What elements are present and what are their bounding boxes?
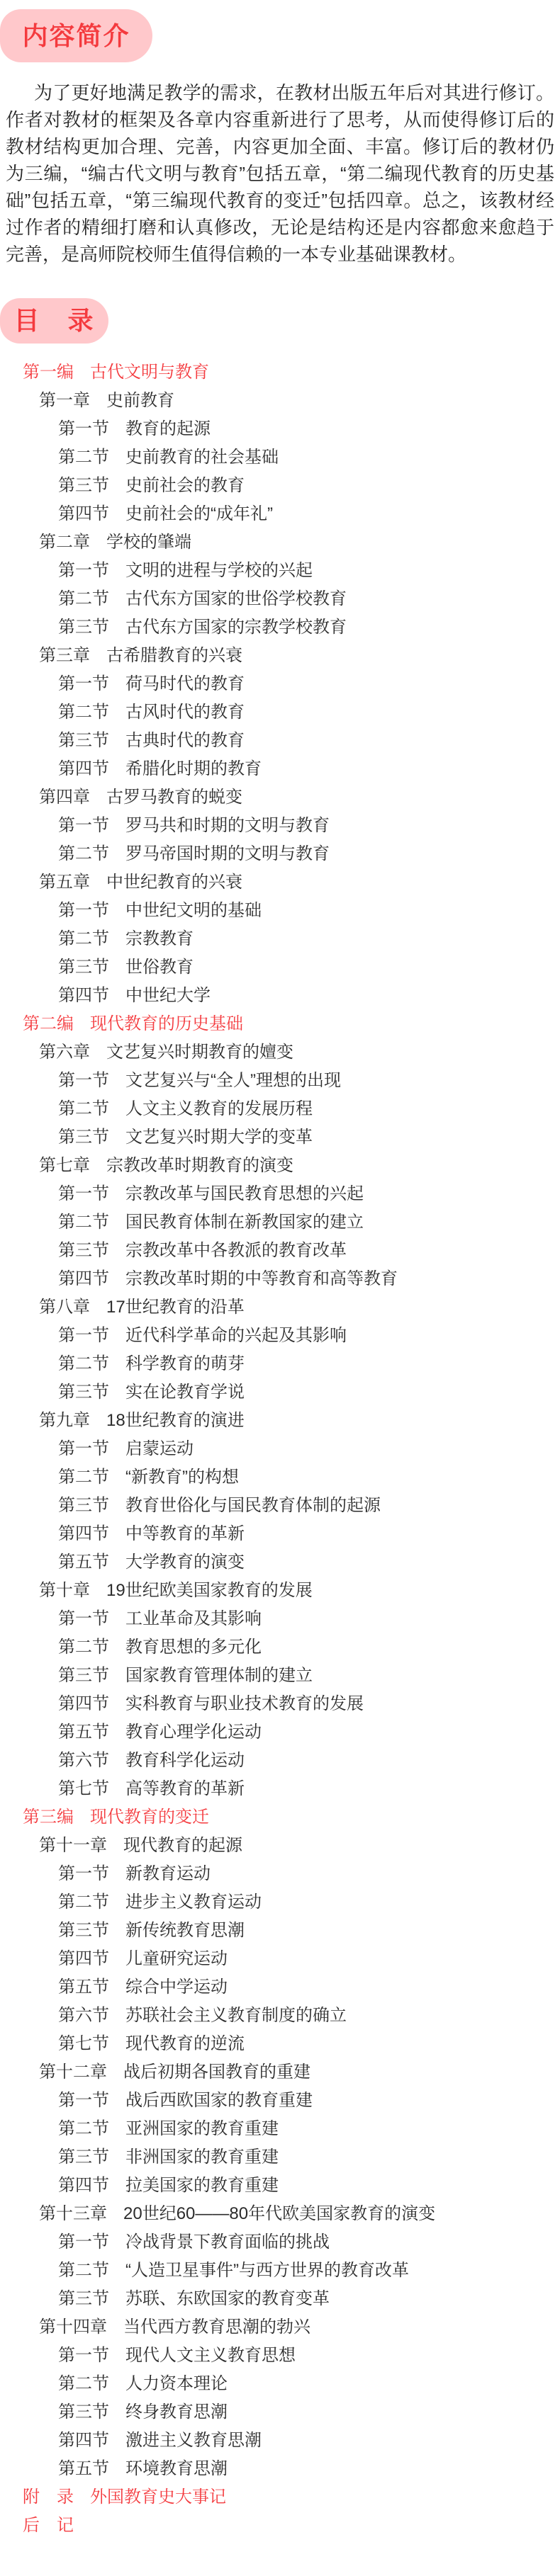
toc-entry-title: 罗马共和时期的文明与教育 [125, 816, 330, 835]
toc-entry-title: 启蒙运动 [125, 1439, 194, 1458]
toc-row: 第一节现代人文主义教育思想 [0, 2342, 560, 2370]
toc-row: 第一编古代文明与教育 [0, 358, 560, 387]
toc-row: 第十一章现代教育的起源 [0, 1832, 560, 1860]
toc-entry-title: 国家教育管理体制的建立 [125, 1666, 313, 1685]
toc-entry-title: 荷马时代的教育 [125, 674, 245, 693]
toc-entry-label: 第三节 [58, 1921, 109, 1940]
toc-row: 第三章古希腊教育的兴衰 [0, 642, 560, 670]
toc-row: 第二节古代东方国家的世俗学校教育 [0, 585, 560, 613]
toc-row: 第三节非洲国家的教育重建 [0, 2143, 560, 2172]
toc-entry-label: 第一节 [58, 419, 109, 438]
toc-entry-label: 第一节 [58, 561, 109, 580]
toc-entry-title: 文明的进程与学校的兴起 [125, 561, 313, 580]
toc-entry-label: 第三节 [58, 1666, 109, 1685]
toc-entry-label: 第二编 [23, 1014, 74, 1033]
toc-entry-title: 古罗马教育的蜕变 [106, 788, 242, 807]
toc-entry-title: 18世纪教育的演进 [106, 1411, 245, 1430]
toc-entry-label: 第四节 [58, 2176, 109, 2195]
toc-entry-title: 中世纪大学 [125, 986, 211, 1005]
toc-entry-title: 实科教育与职业技术教育的发展 [125, 1694, 364, 1713]
toc-row: 第一节罗马共和时期的文明与教育 [0, 812, 560, 840]
toc-entry-title: 宗教改革中各教派的教育改革 [125, 1241, 347, 1260]
toc-entry-label: 第二节 [58, 1213, 109, 1232]
toc-row: 第四节激进主义教育思潮 [0, 2427, 560, 2455]
toc-row: 第二节宗教教育 [0, 925, 560, 953]
toc-entry-title: 冷战背景下教育面临的挑战 [125, 2232, 330, 2252]
toc-entry-label: 第三节 [58, 618, 109, 637]
toc-entry-title: 古希腊教育的兴衰 [106, 646, 242, 665]
toc-entry-title: 近代科学革命的兴起及其影响 [125, 1326, 347, 1345]
toc-entry-title: 中世纪文明的基础 [125, 901, 262, 920]
toc-entry-title: 环境教育思潮 [125, 2459, 228, 2478]
toc-entry-label: 第二节 [58, 589, 109, 608]
toc-row: 第一节工业革命及其影响 [0, 1605, 560, 1633]
toc-entry-label: 第二节 [58, 1638, 109, 1657]
toc-row: 第一节荷马时代的教育 [0, 670, 560, 698]
toc-entry-title: 宗教改革时期教育的演变 [106, 1156, 293, 1175]
toc-row: 第二节进步主义教育运动 [0, 1888, 560, 1917]
toc-entry-label: 第六章 [39, 1043, 90, 1062]
toc-row: 第三节宗教改革中各教派的教育改革 [0, 1237, 560, 1265]
toc-entry-label: 第一节 [58, 901, 109, 920]
toc-entry-title: 20世纪60——80年代欧美国家教育的演变 [123, 2204, 435, 2223]
toc-row: 第十四章当代西方教育思潮的勃兴 [0, 2313, 560, 2342]
toc-entry-label: 第五章 [39, 873, 90, 892]
toc-row: 第一节近代科学革命的兴起及其影响 [0, 1322, 560, 1350]
toc-row: 第三节文艺复兴时期大学的变革 [0, 1123, 560, 1152]
toc-entry-label: 第三节 [58, 1383, 109, 1402]
toc-entry-label: 第六节 [58, 2006, 109, 2025]
toc-entry-label: 第五节 [58, 2459, 109, 2478]
toc-entry-label: 第一章 [39, 391, 90, 410]
toc-entry-label: 第二节 [58, 2261, 109, 2280]
toc-entry-title: 儿童研究运动 [125, 1949, 228, 1968]
toc-entry-title: 现代教育的历史基础 [90, 1014, 243, 1033]
toc-entry-title: 教育心理学化运动 [125, 1723, 262, 1742]
toc-entry-label: 第三节 [58, 2147, 109, 2167]
toc-row: 第四节中世纪大学 [0, 982, 560, 1010]
toc-row: 第一节文明的进程与学校的兴起 [0, 557, 560, 585]
toc-entry-title: 当代西方教育思潮的勃兴 [123, 2317, 310, 2337]
toc-row: 第三节古代东方国家的宗教学校教育 [0, 613, 560, 642]
toc-entry-title: 科学教育的萌芽 [125, 1354, 245, 1373]
toc-entry-label: 第一节 [58, 1864, 109, 1883]
toc-entry-title: 史前教育 [106, 391, 174, 410]
toc-row: 第五节环境教育思潮 [0, 2455, 560, 2483]
toc-row: 第一节启蒙运动 [0, 1435, 560, 1463]
toc-row: 第三节史前社会的教育 [0, 472, 560, 500]
toc-row: 第四节中等教育的革新 [0, 1520, 560, 1548]
toc-row: 第三节实在论教育学说 [0, 1378, 560, 1407]
toc-row: 第二节教育思想的多元化 [0, 1633, 560, 1662]
toc-row: 第五节综合中学运动 [0, 1973, 560, 2002]
toc-entry-title: 新教育运动 [125, 1864, 211, 1883]
toc-entry-label: 第一节 [58, 816, 109, 835]
toc-entry-label: 第一节 [58, 1071, 109, 1090]
toc-entry-label: 第四节 [58, 1524, 109, 1543]
toc-entry-label: 第十一章 [39, 1836, 107, 1855]
toc-entry-label: 第四节 [58, 1949, 109, 1968]
toc-entry-title: 古代文明与教育 [90, 363, 209, 382]
toc-entry-label: 第四节 [58, 759, 109, 778]
toc-entry-label: 第一节 [58, 2232, 109, 2252]
toc-entry-title: 人文主义教育的发展历程 [125, 1099, 313, 1118]
toc-entry-label: 第一节 [58, 2091, 109, 2110]
toc-row: 第三节教育世俗化与国民教育体制的起源 [0, 1492, 560, 1520]
toc-entry-label: 第三节 [58, 476, 109, 495]
toc-entry-title: 现代教育的变迁 [90, 1808, 209, 1827]
toc-entry-title: 亚洲国家的教育重建 [125, 2119, 279, 2138]
toc-entry-title: 现代教育的逆流 [125, 2034, 245, 2053]
toc-row: 第二节“人造卫星事件”与西方世界的教育改革 [0, 2257, 560, 2285]
toc-row: 第一节冷战背景下教育面临的挑战 [0, 2228, 560, 2257]
toc-entry-title: 综合中学运动 [125, 1978, 228, 1997]
toc-entry-title: 工业革命及其影响 [125, 1609, 262, 1628]
toc-row: 第二节古风时代的教育 [0, 698, 560, 727]
toc-entry-title: 希腊化时期的教育 [125, 759, 262, 778]
toc-entry-title: 学校的肇端 [106, 533, 191, 552]
toc-entry-label: 附 录 [23, 2487, 74, 2507]
toc-row: 第七节高等教育的革新 [0, 1775, 560, 1803]
toc-row: 第九章18世纪教育的演进 [0, 1407, 560, 1435]
toc-entry-label: 第一节 [58, 2346, 109, 2365]
toc-row: 第十三章20世纪60——80年代欧美国家教育的演变 [0, 2200, 560, 2228]
toc-entry-label: 第六节 [58, 1751, 109, 1770]
toc-entry-label: 第七章 [39, 1156, 90, 1175]
toc-entry-title: 激进主义教育思潮 [125, 2431, 262, 2450]
toc-row: 第四章古罗马教育的蜕变 [0, 783, 560, 812]
toc-entry-title: 17世纪教育的沿革 [106, 1298, 245, 1317]
toc-row: 第一章史前教育 [0, 387, 560, 415]
toc-entry-title: 现代教育的起源 [123, 1836, 242, 1855]
toc-entry-label: 第七节 [58, 2034, 109, 2053]
toc-entry-title: 史前教育的社会基础 [125, 448, 279, 467]
toc-entry-label: 第一编 [23, 363, 74, 382]
toc-entry-label: 第十四章 [39, 2317, 107, 2337]
toc-entry-label: 第三节 [58, 2402, 109, 2422]
toc-entry-title: 史前社会的教育 [125, 476, 245, 495]
toc-row: 第四节宗教改革时期的中等教育和高等教育 [0, 1265, 560, 1293]
intro-paragraph: 为了更好地满足教学的需求，在教材出版五年后对其进行修订。作者对教材的框架及各章内… [6, 79, 554, 268]
toc-entry-title: 古典时代的教育 [125, 731, 245, 750]
toc-row: 第二节人力资本理论 [0, 2370, 560, 2398]
toc-entry-title: 文艺复兴时期大学的变革 [125, 1128, 313, 1147]
toc-entry-title: 教育的起源 [125, 419, 211, 438]
toc-entry-label: 第十章 [39, 1581, 90, 1600]
toc-entry-label: 第一节 [58, 674, 109, 693]
toc-entry-title: 世俗教育 [125, 958, 194, 977]
toc-row: 第三编现代教育的变迁 [0, 1803, 560, 1832]
toc-entry-title: 高等教育的革新 [125, 1779, 245, 1798]
toc-row: 第三节新传统教育思潮 [0, 1917, 560, 1945]
toc-row: 第三节终身教育思潮 [0, 2398, 560, 2427]
toc-entry-title: 终身教育思潮 [125, 2402, 228, 2422]
toc-entry-label: 第三节 [58, 958, 109, 977]
toc-row: 第一节新教育运动 [0, 1860, 560, 1888]
toc-entry-label: 第二节 [58, 1468, 109, 1487]
toc-entry-title: 宗教教育 [125, 929, 194, 948]
toc-row: 第五章中世纪教育的兴衰 [0, 868, 560, 897]
toc-row: 第三节苏联、东欧国家的教育变革 [0, 2285, 560, 2313]
book-detail-page: 内容简介 为了更好地满足教学的需求，在教材出版五年后对其进行修订。作者对教材的框… [0, 9, 560, 2575]
toc-section-badge: 目 录 [0, 298, 108, 344]
toc-entry-title: 中世纪教育的兴衰 [106, 873, 242, 892]
toc-entry-title: 古代东方国家的宗教学校教育 [125, 618, 347, 637]
intro-section-badge: 内容简介 [0, 9, 152, 62]
toc-row: 第一节战后西欧国家的教育重建 [0, 2087, 560, 2115]
toc-badge-label: 目 录 [13, 308, 94, 334]
toc-entry-title: “新教育”的构想 [125, 1468, 239, 1487]
toc-entry-title: 苏联社会主义教育制度的确立 [125, 2006, 347, 2025]
toc-entry-label: 第二节 [58, 2374, 109, 2393]
toc-entry-title: 文艺复兴时期教育的嬗变 [106, 1043, 293, 1062]
toc-row: 第五节教育心理学化运动 [0, 1718, 560, 1747]
toc-entry-label: 第八章 [39, 1298, 90, 1317]
toc-entry-label: 第二节 [58, 448, 109, 467]
toc-entry-title: 史前社会的“成年礼” [125, 504, 273, 523]
toc-entry-label: 第三节 [58, 1128, 109, 1147]
toc-entry-label: 第一节 [58, 1609, 109, 1628]
toc-entry-title: 教育思想的多元化 [125, 1638, 262, 1657]
toc-row: 第四节拉美国家的教育重建 [0, 2172, 560, 2200]
toc-entry-title: 国民教育体制在新教国家的建立 [125, 1213, 364, 1232]
toc-list: 第一编古代文明与教育 第一章史前教育 第一节教育的起源 第二节史前教育的社会基础… [0, 358, 560, 2575]
toc-entry-title: 19世纪欧美国家教育的发展 [106, 1581, 313, 1600]
toc-entry-title: 战后初期各国教育的重建 [123, 2062, 310, 2082]
toc-entry-label: 第二节 [58, 929, 109, 948]
toc-row: 第二节“新教育”的构想 [0, 1463, 560, 1492]
toc-entry-label: 第二节 [58, 844, 109, 863]
toc-entry-label: 第一节 [58, 1184, 109, 1203]
toc-entry-title: 人力资本理论 [125, 2374, 228, 2393]
toc-entry-label: 第二节 [58, 703, 109, 722]
toc-row: 第七节现代教育的逆流 [0, 2030, 560, 2058]
toc-entry-label: 第二节 [58, 1893, 109, 1912]
toc-entry-label: 第三章 [39, 646, 90, 665]
toc-entry-label: 第五节 [58, 1723, 109, 1742]
toc-entry-title: 新传统教育思潮 [125, 1921, 245, 1940]
toc-row: 第二节史前教育的社会基础 [0, 443, 560, 472]
toc-row: 第四节实科教育与职业技术教育的发展 [0, 1690, 560, 1718]
toc-entry-title: 进步主义教育运动 [125, 1893, 262, 1912]
toc-row: 第十二章战后初期各国教育的重建 [0, 2058, 560, 2087]
toc-row: 后 记 [0, 2512, 560, 2540]
toc-entry-label: 第四节 [58, 986, 109, 1005]
toc-entry-title: 罗马帝国时期的文明与教育 [125, 844, 330, 863]
toc-row: 第二节国民教育体制在新教国家的建立 [0, 1208, 560, 1237]
toc-row: 第二节科学教育的萌芽 [0, 1350, 560, 1378]
toc-row: 第四节儿童研究运动 [0, 1945, 560, 1973]
toc-entry-title: 外国教育史大事记 [90, 2487, 226, 2507]
toc-entry-label: 第四节 [58, 1694, 109, 1713]
toc-row: 第八章17世纪教育的沿革 [0, 1293, 560, 1322]
toc-entry-label: 第四节 [58, 1269, 109, 1288]
toc-entry-label: 第一节 [58, 1326, 109, 1345]
toc-row: 第二节罗马帝国时期的文明与教育 [0, 840, 560, 868]
toc-entry-label: 后 记 [23, 2516, 74, 2535]
toc-entry-label: 第一节 [58, 1439, 109, 1458]
toc-entry-label: 第十二章 [39, 2062, 107, 2082]
toc-entry-title: 实在论教育学说 [125, 1383, 245, 1402]
toc-row: 第一节文艺复兴与“全人”理想的出现 [0, 1067, 560, 1095]
toc-row: 第三节古典时代的教育 [0, 727, 560, 755]
toc-entry-title: 教育世俗化与国民教育体制的起源 [125, 1496, 381, 1515]
toc-entry-title: 宗教改革与国民教育思想的兴起 [125, 1184, 364, 1203]
toc-entry-title: 拉美国家的教育重建 [125, 2176, 279, 2195]
toc-entry-label: 第三节 [58, 1496, 109, 1515]
toc-row: 第六节苏联社会主义教育制度的确立 [0, 2002, 560, 2030]
toc-entry-title: 现代人文主义教育思想 [125, 2346, 296, 2365]
toc-entry-title: 战后西欧国家的教育重建 [125, 2091, 313, 2110]
toc-entry-title: 文艺复兴与“全人”理想的出现 [125, 1071, 341, 1090]
toc-entry-title: 古风时代的教育 [125, 703, 245, 722]
toc-entry-title: 中等教育的革新 [125, 1524, 245, 1543]
toc-entry-label: 第九章 [39, 1411, 90, 1430]
toc-row: 第六节教育科学化运动 [0, 1747, 560, 1775]
toc-entry-label: 第三节 [58, 1241, 109, 1260]
toc-row: 第五节大学教育的演变 [0, 1548, 560, 1577]
toc-entry-title: 大学教育的演变 [125, 1553, 245, 1572]
toc-entry-title: 非洲国家的教育重建 [125, 2147, 279, 2167]
toc-row: 第三节世俗教育 [0, 953, 560, 982]
toc-row: 第三节国家教育管理体制的建立 [0, 1662, 560, 1690]
toc-row: 第二节人文主义教育的发展历程 [0, 1095, 560, 1123]
toc-row: 第二章学校的肇端 [0, 528, 560, 557]
toc-entry-title: “人造卫星事件”与西方世界的教育改革 [125, 2261, 409, 2280]
intro-badge-label: 内容简介 [22, 23, 130, 49]
toc-entry-label: 第三编 [23, 1808, 74, 1827]
toc-row: 第六章文艺复兴时期教育的嬗变 [0, 1038, 560, 1067]
toc-entry-title: 苏联、东欧国家的教育变革 [125, 2289, 330, 2308]
toc-row: 第一节宗教改革与国民教育思想的兴起 [0, 1180, 560, 1208]
toc-row: 附 录外国教育史大事记 [0, 2483, 560, 2512]
toc-entry-label: 第三节 [58, 731, 109, 750]
toc-entry-label: 第五节 [58, 1553, 109, 1572]
toc-row: 第一节教育的起源 [0, 415, 560, 443]
toc-row: 第十章19世纪欧美国家教育的发展 [0, 1577, 560, 1605]
toc-entry-label: 第五节 [58, 1978, 109, 1997]
toc-entry-label: 第十三章 [39, 2204, 107, 2223]
toc-row: 第四节希腊化时期的教育 [0, 755, 560, 783]
toc-entry-label: 第三节 [58, 2289, 109, 2308]
toc-entry-label: 第四节 [58, 504, 109, 523]
toc-row: 第二编现代教育的历史基础 [0, 1010, 560, 1038]
toc-entry-label: 第四章 [39, 788, 90, 807]
toc-entry-label: 第二节 [58, 2119, 109, 2138]
toc-entry-title: 教育科学化运动 [125, 1751, 245, 1770]
toc-entry-label: 第二节 [58, 1354, 109, 1373]
toc-entry-label: 第四节 [58, 2431, 109, 2450]
toc-entry-title: 古代东方国家的世俗学校教育 [125, 589, 347, 608]
toc-entry-label: 第二节 [58, 1099, 109, 1118]
toc-entry-title: 宗教改革时期的中等教育和高等教育 [125, 1269, 398, 1288]
toc-row: 第一节中世纪文明的基础 [0, 897, 560, 925]
toc-row: 第二节亚洲国家的教育重建 [0, 2115, 560, 2143]
toc-row: 第四节史前社会的“成年礼” [0, 500, 560, 528]
toc-row: 第七章宗教改革时期教育的演变 [0, 1152, 560, 1180]
toc-entry-label: 第二章 [39, 533, 90, 552]
toc-entry-label: 第七节 [58, 1779, 109, 1798]
